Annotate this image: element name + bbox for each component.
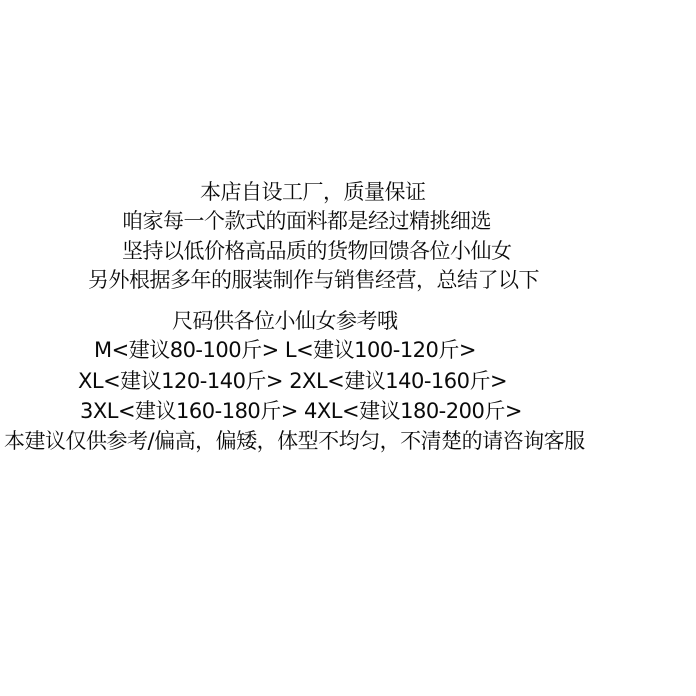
line-fabric-selection: 咱家每一个款式的面料都是经过精挑细选: [122, 207, 552, 235]
line-disclaimer: 本建议仅供参考/偏高，偏矮，体型不均匀，不清楚的请咨询客服: [4, 427, 690, 455]
line-size-m-l: M<建议80-100斤> L<建议100-120斤>: [94, 336, 534, 364]
line-low-price-high-quality: 坚持以低价格高品质的货物回馈各位小仙女: [122, 237, 577, 265]
line-size-3xl-4xl: 3XL<建议160-180斤> 4XL<建议180-200斤>: [80, 397, 572, 425]
line-size-xl-2xl: XL<建议120-140斤> 2XL<建议140-160斤>: [78, 367, 568, 395]
line-experience-summary: 另外根据多年的服装制作与销售经营，总结了以下: [88, 266, 618, 294]
line-factory-quality: 本店自设工厂，质量保证: [200, 178, 430, 206]
line-size-reference: 尺码供各位小仙女参考哦: [172, 307, 437, 335]
